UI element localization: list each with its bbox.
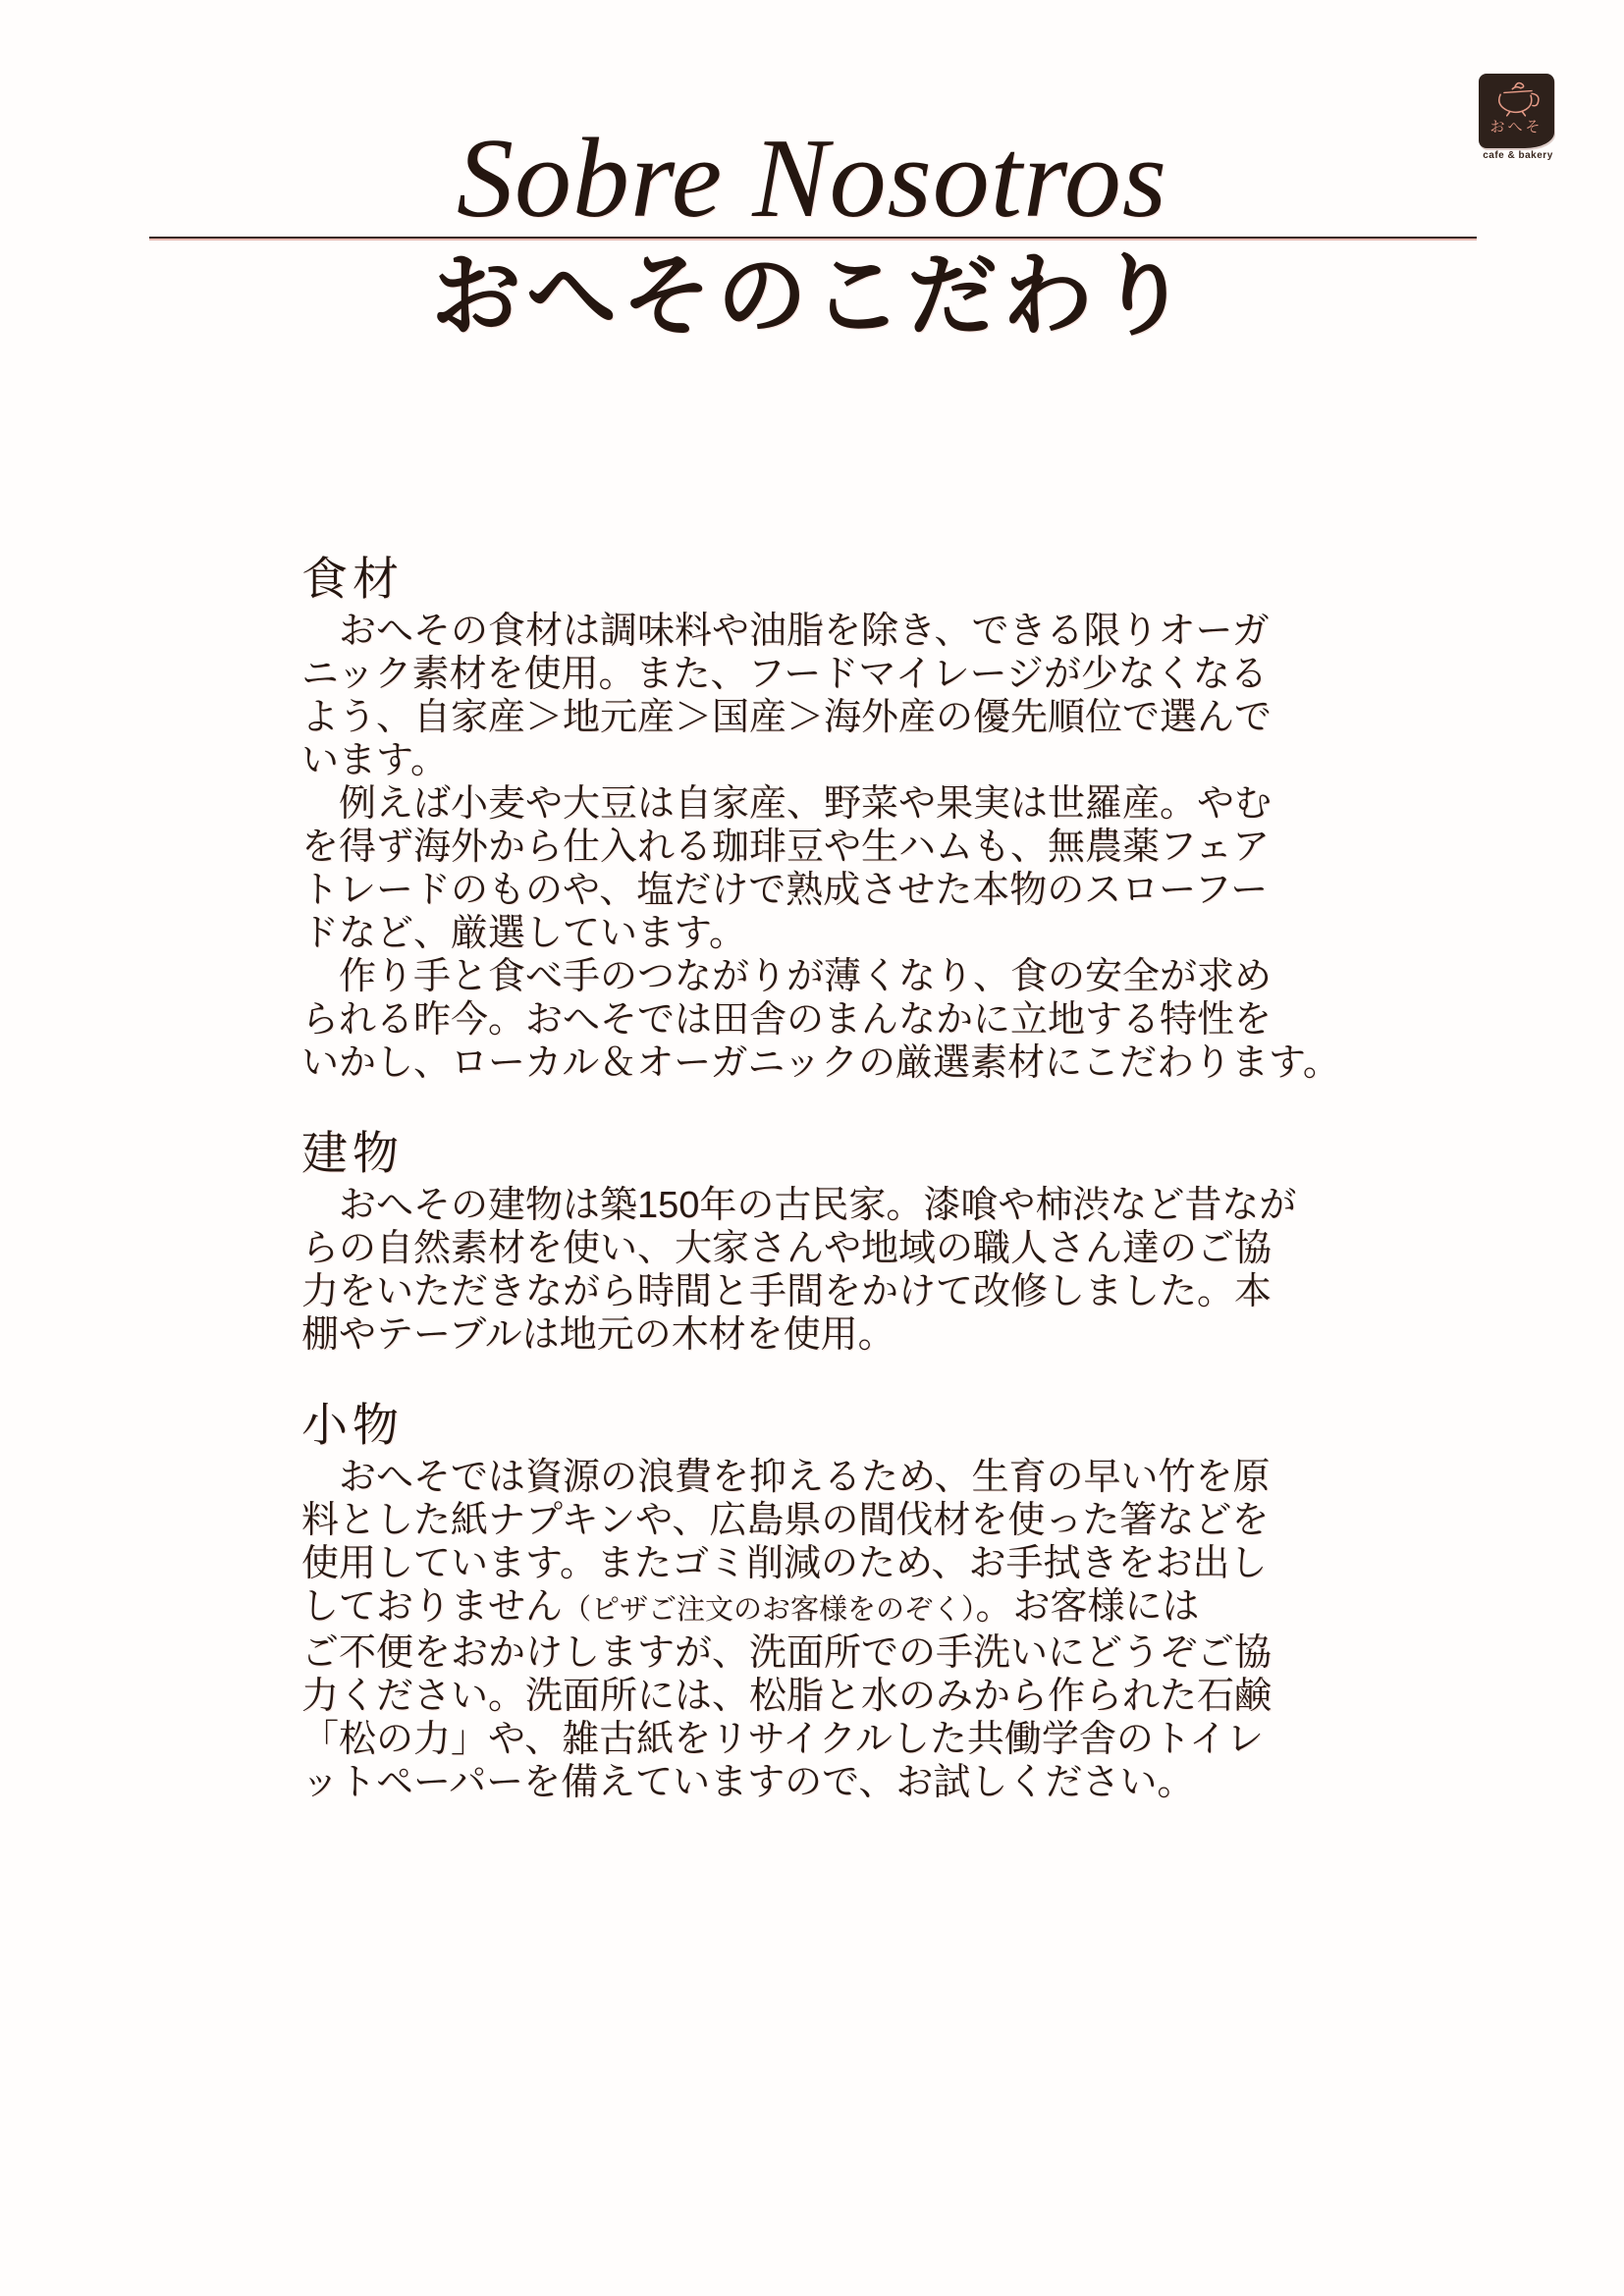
page-title: Sobre Nosotros xyxy=(0,122,1624,236)
section-komono: 小物 おへそでは資源の浪費を抑えるため、生育の早い竹を原料とした紙ナプキンや、広… xyxy=(301,1402,1452,1804)
title-divider xyxy=(149,237,1477,239)
inline-note: （ピザご注文のお客様をのぞく） xyxy=(563,1594,976,1626)
sections: 食材 おへその食材は調味料や油脂を除き、できる限りオーガニック素材を使用。また、… xyxy=(301,556,1452,1849)
paragraph: 作り手と食べ手のつながりが薄くなり、食の安全が求められる昨今。おへそでは田舎のま… xyxy=(301,955,1452,1085)
page-subtitle: おへそのこだわり xyxy=(0,245,1624,349)
paragraph: おへそでは資源の浪費を抑えるため、生育の早い竹を原料とした紙ナプキンや、広島県の… xyxy=(301,1456,1452,1804)
paragraph: おへその建物は築150年の古民家。漆喰や柿渋など昔ながらの自然素材を使い、大家さ… xyxy=(301,1184,1452,1357)
about-page: おへそ cafe & bakery Sobre Nosotros おへそのこだわ… xyxy=(0,0,1624,2296)
section-tatemono: 建物 おへその建物は築150年の古民家。漆喰や柿渋など昔ながらの自然素材を使い、… xyxy=(301,1130,1452,1357)
section-heading-komono: 小物 xyxy=(301,1402,1452,1448)
paragraph: おへその食材は調味料や油脂を除き、できる限りオーガニック素材を使用。また、フード… xyxy=(301,610,1452,782)
section-heading-tatemono: 建物 xyxy=(301,1130,1452,1176)
section-shokuzai: 食材 おへその食材は調味料や油脂を除き、できる限りオーガニック素材を使用。また、… xyxy=(301,556,1452,1085)
paragraph: 例えば小麦や大豆は自家産、野菜や果実は世羅産。やむを得ず海外から仕入れる珈琲豆や… xyxy=(301,782,1452,955)
teapot-icon xyxy=(1488,80,1546,119)
section-heading-shokuzai: 食材 xyxy=(301,556,1452,602)
